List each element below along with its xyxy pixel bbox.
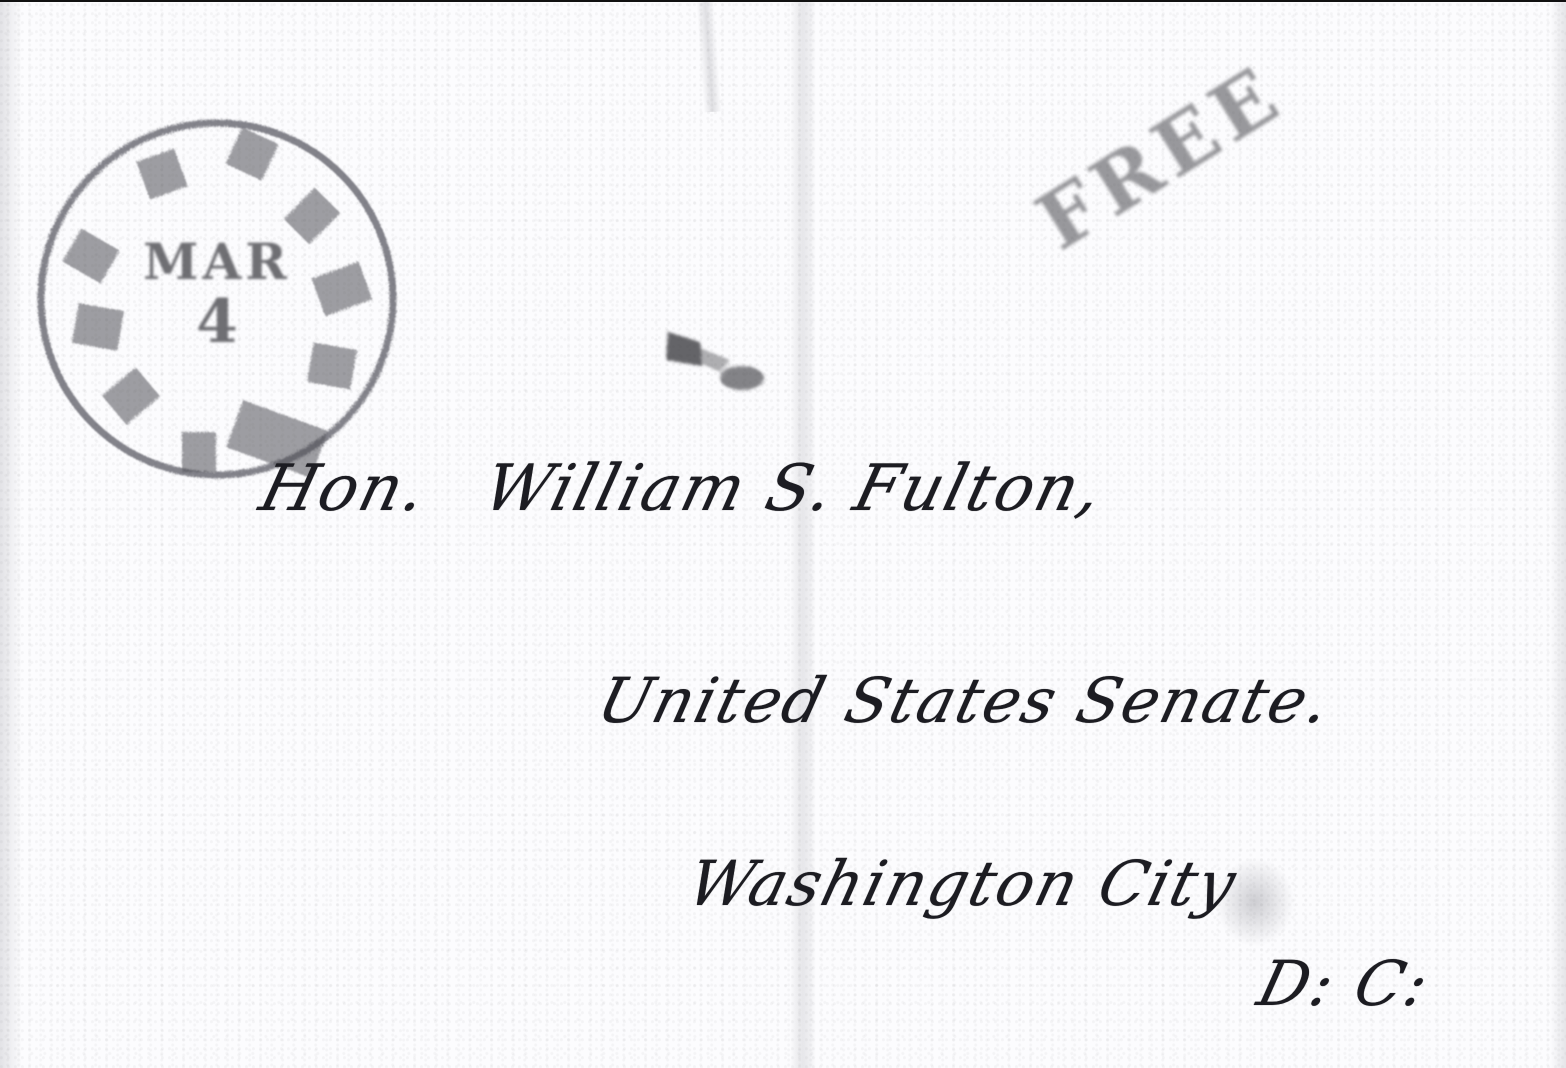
address-line-city: Washington City [681,847,1245,920]
address-recipient-name: William S. Fulton, [477,452,1111,526]
top-crease [696,2,722,113]
free-handstamp: FREE [1022,47,1300,268]
right-edge-shadow [1550,2,1566,1068]
postmark-day: 4 [196,287,238,357]
left-edge-shadow [0,2,22,1068]
address-honorific: Hon. [253,452,435,526]
circular-postmark: MAR 4 [32,114,402,484]
postmark-month: MAR [143,232,291,291]
address-line-name: Hon.William S. Fulton, [253,452,1111,526]
ink-smudge-icon [660,320,770,400]
postmark-date: MAR 4 [32,114,402,484]
address-line-district: D: C: [1251,947,1438,1020]
envelope-sheet: MAR 4 FREE Hon.William S. Fulton, United… [0,0,1566,1068]
address-line-institution: United States Senate. [591,664,1339,737]
